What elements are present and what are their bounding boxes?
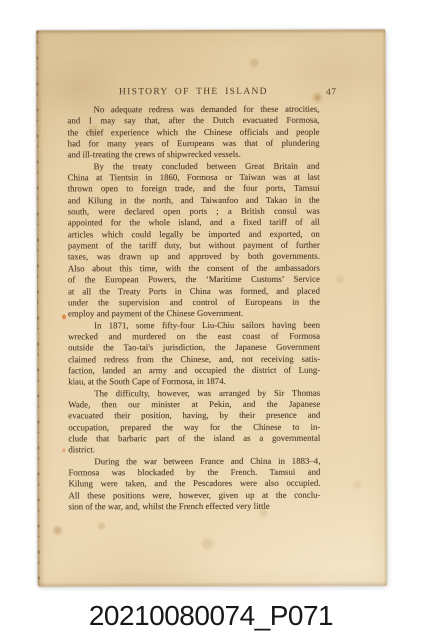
caption-strip: 20210080074_P071 — [0, 591, 422, 640]
text-line: the chief experience which the Chinese o… — [68, 126, 320, 138]
text-line: Also about this time, with the consent o… — [68, 263, 320, 275]
text-line: had for many years of Europeans was that… — [68, 138, 320, 150]
text-line: taxes, was drawn up and approved by both… — [68, 251, 320, 263]
orange-speck — [62, 448, 65, 452]
text-line: Formosa was blockaded by the French. Tam… — [68, 467, 320, 479]
paragraph: No adequate redress was demanded for the… — [67, 104, 319, 161]
text-line: sion of the war, and, whilst the French … — [69, 501, 321, 513]
text-line: wrecked and murdered on the east coast o… — [68, 331, 320, 343]
page-number: 47 — [326, 88, 337, 98]
paragraph: By the treaty concluded between Great Br… — [68, 160, 320, 319]
text-line: occupation, prepared the way for the Chi… — [68, 421, 320, 433]
page-header: HISTORY OF THE ISLAND 47 — [67, 87, 319, 102]
text-line: thrown open to foreign trade, and the fo… — [68, 183, 320, 195]
text-line: payment of the tariff duty, but without … — [68, 240, 320, 252]
text-line: By the treaty concluded between Great Br… — [68, 160, 320, 172]
photo-caption: 20210080074_P071 — [89, 600, 333, 632]
text-line: and ill-treating the crews of shipwrecke… — [68, 149, 320, 161]
text-line: clude that barbaric part of the island a… — [68, 433, 320, 445]
text-line: During the war between France and China … — [68, 455, 320, 467]
paragraph: During the war between France and China … — [68, 455, 320, 512]
text-line: Wade, then our minister at Pekin, and th… — [68, 399, 320, 411]
page-right-edge — [382, 30, 386, 586]
text-line: appointed for the whole island, and a fi… — [68, 217, 320, 229]
text-line: south, were declared open ports ; a Brit… — [68, 206, 320, 218]
text-line: claimed redress from the Chinese, and, n… — [68, 353, 320, 365]
page-left-edge — [36, 30, 45, 586]
paragraph: The difficulty, however, was arranged by… — [68, 387, 320, 456]
text-line: employ and payment of the Chinese Govern… — [68, 308, 320, 320]
orange-speck — [62, 314, 66, 319]
text-line: No adequate redress was demanded for the… — [67, 104, 319, 116]
book-page: HISTORY OF THE ISLAND 47 No adequate red… — [36, 30, 386, 587]
page-title: HISTORY OF THE ISLAND — [67, 87, 319, 98]
text-line: Kilung were taken, and the Pescadores we… — [68, 478, 320, 490]
text-line: faction, landed an army and occupied the… — [68, 365, 320, 377]
text-line: In 1871, some fifty-four Liu-Chiu sailor… — [68, 319, 320, 331]
paragraph: In 1871, some fifty-four Liu-Chiu sailor… — [68, 319, 320, 388]
page-top-edge — [36, 30, 385, 35]
text-line: under the supervision and control of Eur… — [68, 297, 320, 309]
text-line: district. — [68, 444, 320, 456]
text-line: evacuated their position, having, by the… — [68, 410, 320, 422]
text-line: kiau, at the South Cape of Formosa, in 1… — [68, 376, 320, 388]
text-line: The difficulty, however, was arranged by… — [68, 387, 320, 399]
text-line: China at Tientsin in 1860, Formosa or Ta… — [68, 172, 320, 184]
text-line: of the European Powers, the ‘Maritime Cu… — [68, 274, 320, 286]
text-line: and I may say that, after the Dutch evac… — [67, 115, 319, 127]
scan-photo: HISTORY OF THE ISLAND 47 No adequate red… — [0, 0, 422, 640]
text-line: at all the Treaty Ports in China was for… — [68, 285, 320, 297]
page-bottom-edge — [38, 582, 387, 587]
page-body: No adequate redress was demanded for the… — [67, 104, 320, 513]
text-line: articles which could legally be imported… — [68, 228, 320, 240]
text-line: All these positions were, however, given… — [68, 489, 320, 501]
text-line: and Kilung in the north, and Taiwanfoo a… — [68, 194, 320, 206]
text-line: outside the Tao-tai's jurisdiction, the … — [68, 342, 320, 354]
